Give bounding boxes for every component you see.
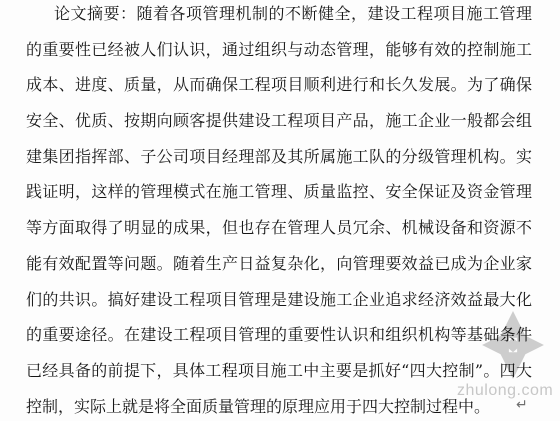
abstract-line: 建集团指挥部、子公司项目经理部及其所属施工队的分级管理机构。实 [26, 139, 532, 175]
abstract-line: 安全、优质、按期向顾客提供建设工程项目产品，施工企业一般都会组 [26, 103, 532, 139]
abstract-line: 的重要途径。在建设工程项目管理的重要性认识和组织机构等基础条件 [26, 317, 532, 353]
abstract-line: 等方面取得了明显的成果，但也存在管理人员冗余、机械设备和资源不 [26, 210, 532, 246]
abstract-line: 成本、进度、质量，从而确保工程项目顺利进行和长久发展。为了确保 [26, 67, 532, 103]
abstract-line: 能有效配置等问题。随着生产日益复杂化，向管理要效益已成为企业家 [26, 246, 532, 282]
abstract-line: 论文摘要：随着各项管理机制的不断健全，建设工程项目施工管理 [26, 0, 532, 32]
abstract-line: 的重要性已经被人们认识，通过组织与动态管理，能够有效的控制施工 [26, 32, 532, 68]
abstract-paragraph: 论文摘要：随着各项管理机制的不断健全，建设工程项目施工管理 的重要性已经被人们认… [26, 0, 532, 421]
abstract-line: 们的共识。搞好建设工程项目管理是建设施工企业追求经济效益最大化 [26, 282, 532, 318]
paragraph-return-mark-icon: ↵ [516, 397, 528, 413]
abstract-line: 已经具备的前提下，具体工程项目施工中主要是抓好“四大控制”。四大 [26, 353, 532, 389]
abstract-line: 践证明，这样的管理模式在施工管理、质量监控、安全保证及资金管理 [26, 174, 532, 210]
abstract-line: 控制，实际上就是将全面质量管理的原理应用于四大控制过程中。 [26, 389, 532, 421]
document-page: zhulong.com 论文摘要：随着各项管理机制的不断健全，建设工程项目施工管… [0, 0, 560, 421]
